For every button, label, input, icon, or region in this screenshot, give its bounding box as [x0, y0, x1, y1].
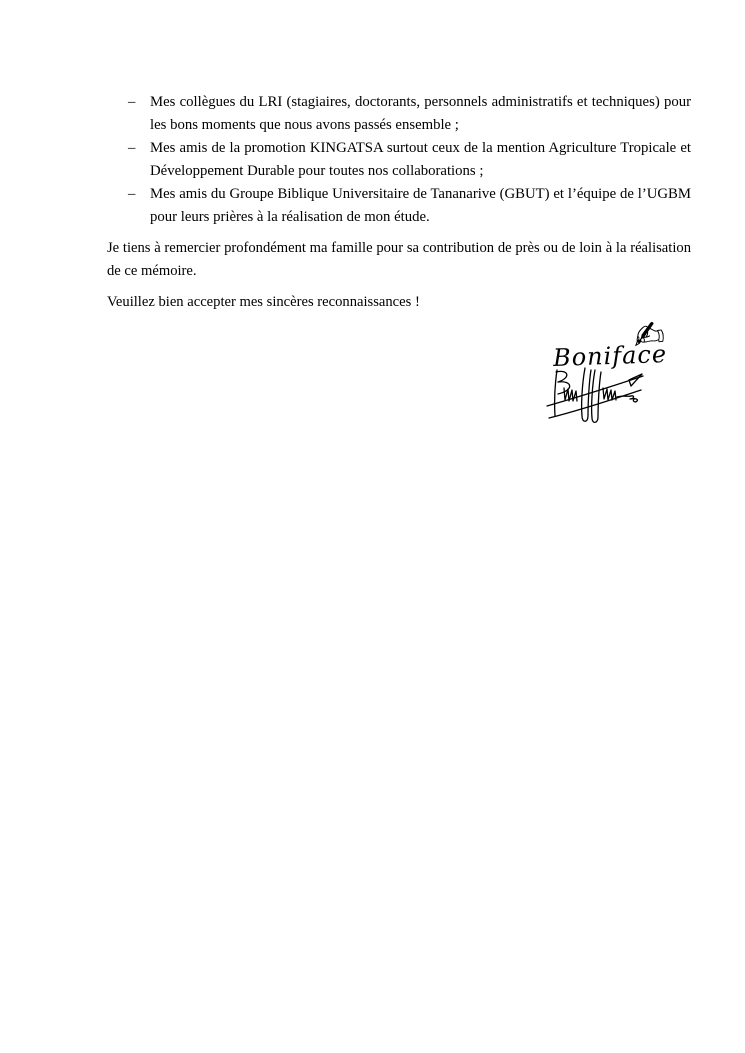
list-item-text: Mes collègues du LRI (stagiaires, doctor…	[150, 94, 691, 133]
list-item-text: Mes amis de la promotion KINGATSA surtou…	[150, 140, 691, 179]
list-item-text: Mes amis du Groupe Biblique Universitair…	[150, 186, 691, 225]
list-item: – Mes amis du Groupe Biblique Universita…	[107, 183, 691, 229]
dash-bullet-icon: –	[128, 137, 135, 160]
signature-scribble	[545, 366, 645, 428]
dash-bullet-icon: –	[128, 183, 135, 206]
writing-hand-icon: ✍	[631, 314, 667, 355]
acknowledgments-list: – Mes collègues du LRI (stagiaires, doct…	[107, 91, 691, 229]
dash-bullet-icon: –	[128, 91, 135, 114]
list-item: – Mes amis de la promotion KINGATSA surt…	[107, 137, 691, 183]
signature-block: Boniface ✍	[545, 320, 695, 430]
document-page: – Mes collègues du LRI (stagiaires, doct…	[0, 0, 745, 1053]
paragraph-closing: Veuillez bien accepter mes sincères reco…	[107, 291, 691, 314]
paragraph-family-thanks: Je tiens à remercier profondément ma fam…	[107, 237, 691, 283]
acknowledgments-content: – Mes collègues du LRI (stagiaires, doct…	[107, 91, 691, 314]
list-item: – Mes collègues du LRI (stagiaires, doct…	[107, 91, 691, 137]
